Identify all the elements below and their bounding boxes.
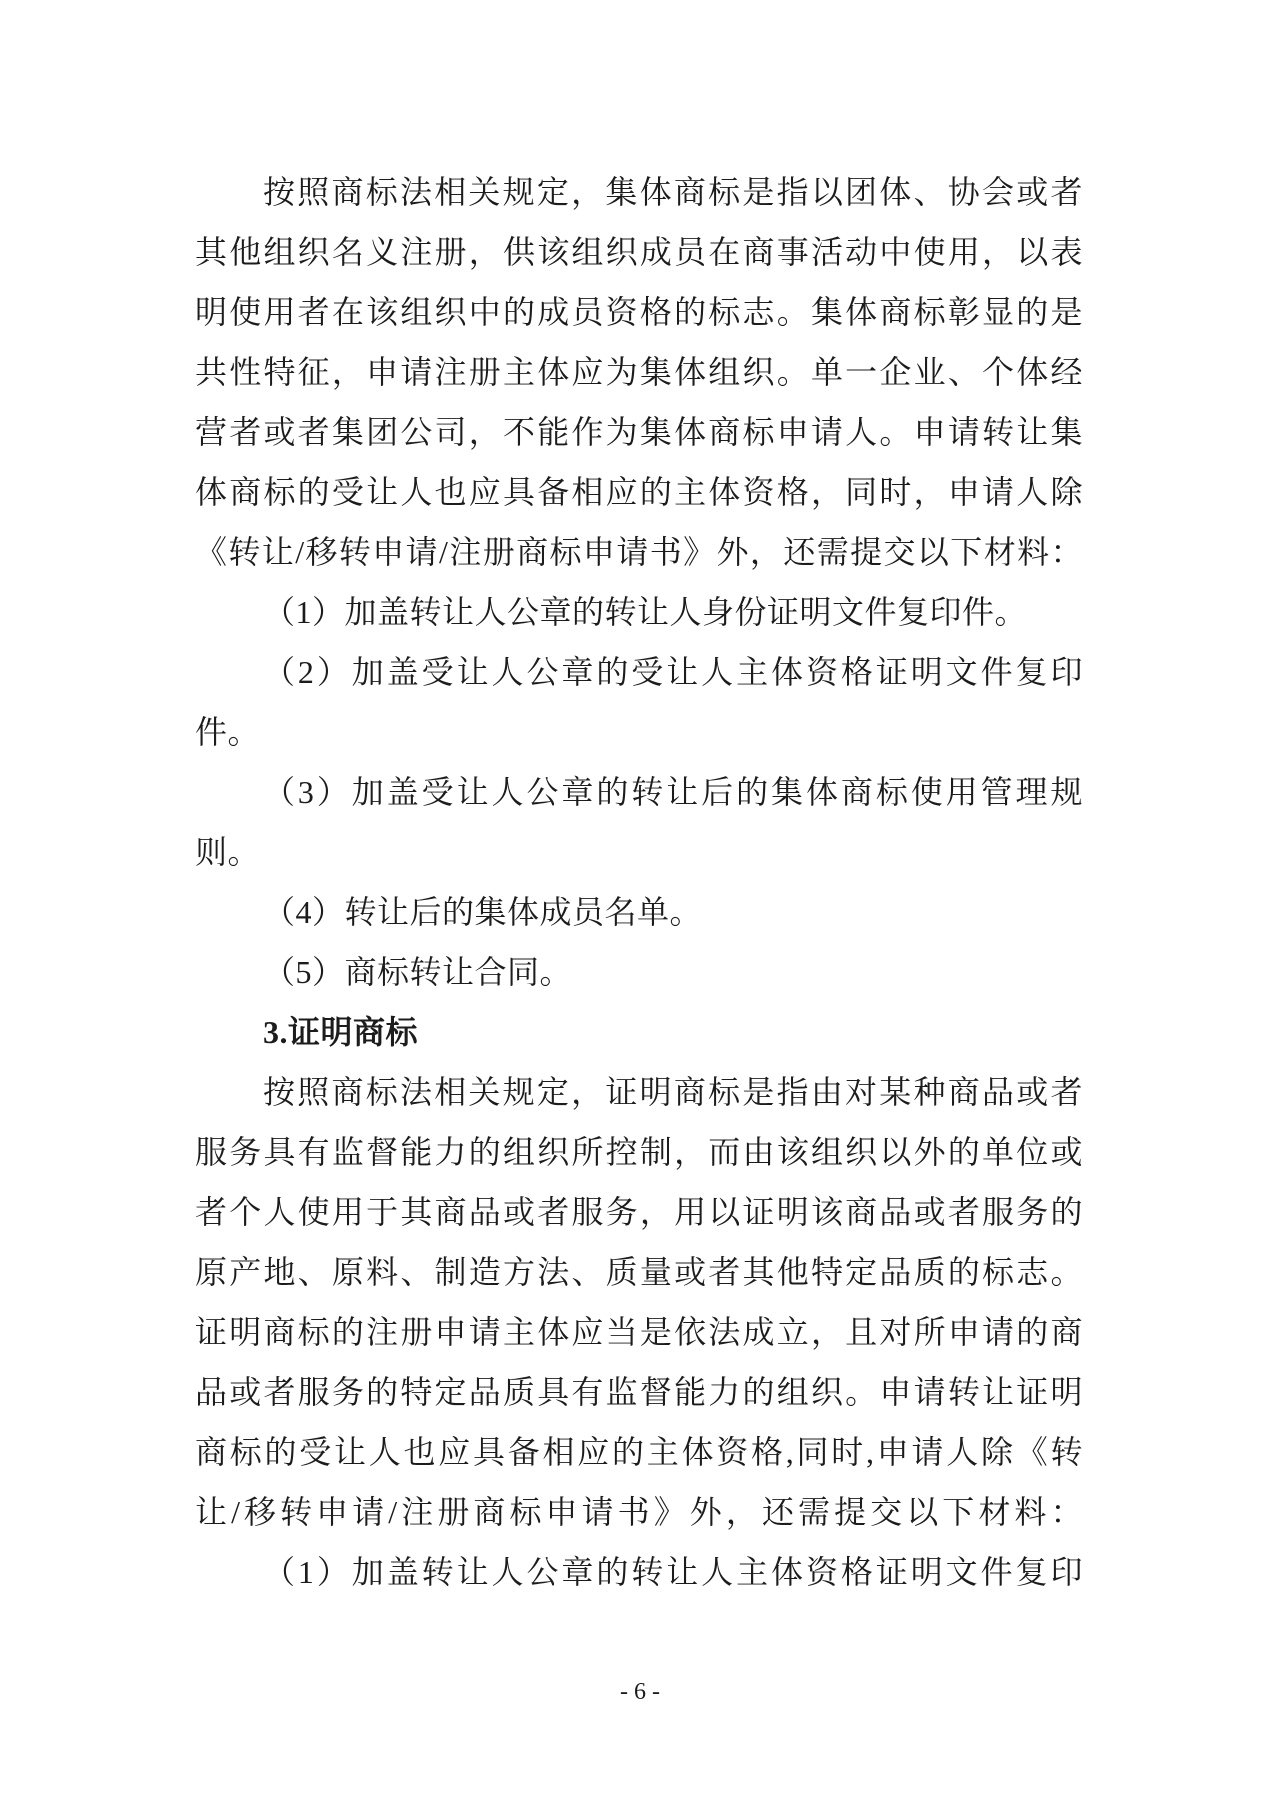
list-item-5: （5）商标转让合同。 bbox=[195, 942, 1083, 1002]
text-line: 让/移转申请/注册商标申请书》外，还需提交以下材料： bbox=[195, 1482, 1083, 1542]
text-line: 营者或者集团公司，不能作为集体商标申请人。申请转让集 bbox=[195, 402, 1083, 462]
text-line: 商标的受让人也应具备相应的主体资格,同时,申请人除《转 bbox=[195, 1422, 1083, 1482]
list-item-4: （4）转让后的集体成员名单。 bbox=[195, 882, 1083, 942]
text-line: 品或者服务的特定品质具有监督能力的组织。申请转让证明 bbox=[195, 1362, 1083, 1422]
text-line: 《转让/移转申请/注册商标申请书》外，还需提交以下材料： bbox=[195, 522, 1083, 582]
text-line: 按照商标法相关规定，集体商标是指以团体、协会或者 bbox=[195, 162, 1083, 222]
list-item-1: （1）加盖转让人公章的转让人身份证明文件复印件。 bbox=[195, 582, 1083, 642]
list-item-3: （3）加盖受让人公章的转让后的集体商标使用管理规 bbox=[195, 762, 1083, 822]
text-line: 明使用者在该组织中的成员资格的标志。集体商标彰显的是 bbox=[195, 282, 1083, 342]
text-line: 原产地、原料、制造方法、质量或者其他特定品质的标志。 bbox=[195, 1242, 1083, 1302]
text-line: 者个人使用于其商品或者服务，用以证明该商品或者服务的 bbox=[195, 1182, 1083, 1242]
text-line: 其他组织名义注册，供该组织成员在商事活动中使用，以表 bbox=[195, 222, 1083, 282]
text-line: 则。 bbox=[195, 822, 1083, 882]
text-line: 件。 bbox=[195, 702, 1083, 762]
list-item-1: （1）加盖转让人公章的转让人主体资格证明文件复印 bbox=[195, 1542, 1083, 1602]
page-number: - 6 - bbox=[0, 1662, 1280, 1722]
list-item-2: （2）加盖受让人公章的受让人主体资格证明文件复印 bbox=[195, 642, 1083, 702]
text-line: 共性特征，申请注册主体应为集体组织。单一企业、个体经 bbox=[195, 342, 1083, 402]
text-line: 服务具有监督能力的组织所控制，而由该组织以外的单位或 bbox=[195, 1122, 1083, 1182]
document-page: 按照商标法相关规定，集体商标是指以团体、协会或者 其他组织名义注册，供该组织成员… bbox=[0, 0, 1280, 1810]
text-block: 按照商标法相关规定，集体商标是指以团体、协会或者 其他组织名义注册，供该组织成员… bbox=[195, 162, 1083, 1602]
text-line: 证明商标的注册申请主体应当是依法成立，且对所申请的商 bbox=[195, 1302, 1083, 1362]
text-line: 按照商标法相关规定，证明商标是指由对某种商品或者 bbox=[195, 1062, 1083, 1122]
text-line: 体商标的受让人也应具备相应的主体资格，同时，申请人除 bbox=[195, 462, 1083, 522]
section-heading: 3.证明商标 bbox=[195, 1002, 1083, 1062]
